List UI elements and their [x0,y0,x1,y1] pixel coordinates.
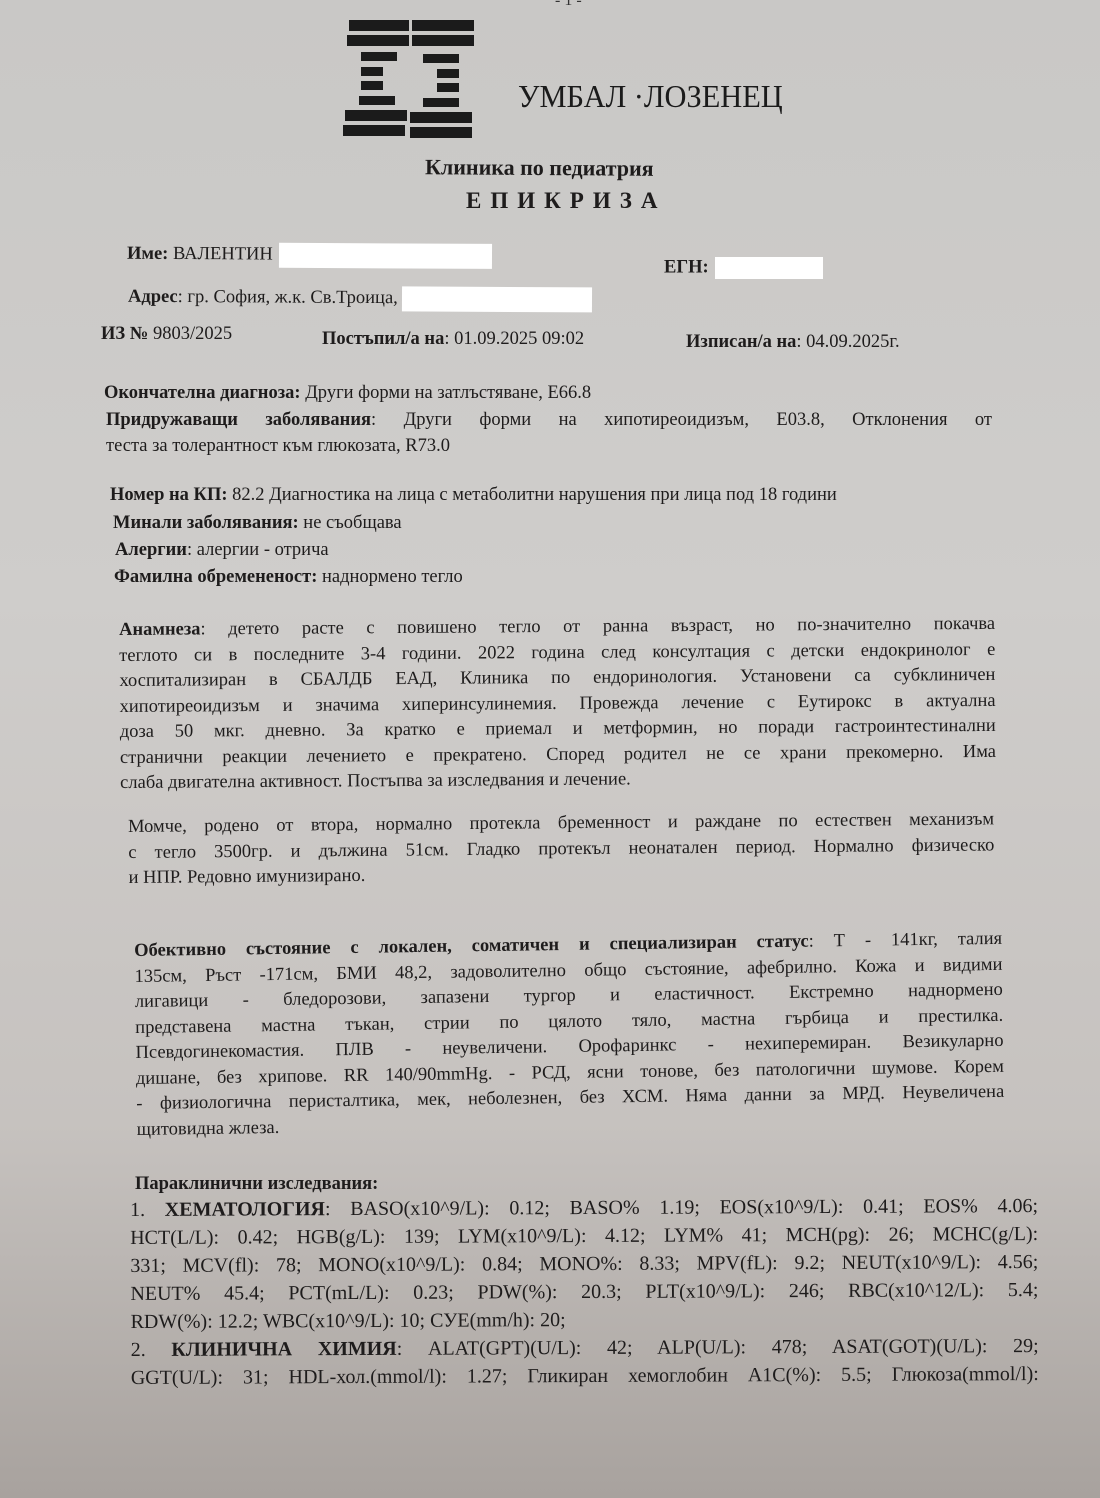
discharged-label: Изписан/а на [686,332,796,352]
final-diagnosis-label: Окончателна диагноза: [104,383,301,403]
final-diagnosis: Окончателна диагноза: Други форми на зат… [104,383,591,404]
egn-label: ЕГН: [664,257,709,277]
past-diseases-value: не съобщава [299,513,402,533]
clinical-pathway: Номер на КП: 82.2 Диагностика на лица с … [110,485,837,506]
family-history-label: Фамилна обремененост: [114,567,317,587]
anamnesis-label: Анамнеза [119,619,201,640]
past-diseases-label: Минали заболявания: [113,513,299,533]
objective-status: Обективно състояние с локален, соматичен… [134,927,1005,1143]
final-diagnosis-value: Други форми на затлъстяване, Е66.8 [301,383,592,403]
address-label: Адрес [128,287,178,307]
allergies: Алергии: алергии - отрича [115,540,329,561]
egn-line: ЕГН: [664,257,823,279]
accompanying-label: Придружаващи заболявания [106,410,371,430]
kp-label: Номер на КП: [110,485,228,505]
redacted-address [402,286,592,312]
iz-number-line: ИЗ № 9803/2025 [101,324,232,345]
redacted-surname [279,243,492,269]
accompanying-diseases: Придружаващи заболявания: Други форми на… [106,408,992,459]
patient-name-line: Име: ВАЛЕНТИН [127,242,493,269]
epicrisis-page: - 1 - УМБАЛ ·ЛОЗЕНЕЦ Клиника по педиатри… [0,0,1100,1498]
anamnesis: Анамнеза: детето расте с повишено тегло … [119,612,996,797]
family-history: Фамилна обремененост: наднормено тегло [114,567,463,588]
kp-value: 82.2 Диагностика на лица с метаболитни н… [228,485,837,505]
address-line: Адрес: гр. София, ж.к. Св.Троица, [128,285,593,312]
admitted-line: Постъпил/а на: 01.09.2025 09:02 [322,329,584,350]
hematology-label: ХЕМАТОЛОГИЯ [165,1198,325,1221]
hospital-logo-icon [343,20,478,138]
iz-value: 9803/2025 [148,324,232,344]
allergies-label: Алергии [115,540,187,560]
document-title: ЕПИКРИЗА [466,188,667,214]
admitted-value: : 01.09.2025 09:02 [444,329,584,349]
address-value: : гр. София, ж.к. Св.Троица, [178,287,398,308]
chemistry-results: 2. КЛИНИЧНА ХИМИЯ: ALAT(GPT)(U/L): 42; A… [131,1332,1039,1364]
hematology-results: 1. ХЕМАТОЛОГИЯ: BASO(x10^9/L): 0.12; BAS… [130,1192,1038,1224]
past-diseases: Минали заболявания: не съобщава [113,513,402,534]
clinic-name: Клиника по педиатрия [425,154,654,182]
admitted-label: Постъпил/а на [322,329,444,349]
name-label: Име: [127,244,168,264]
discharged-value: : 04.09.2025г. [796,332,899,352]
allergies-value: : алергии - отрича [187,540,329,560]
hospital-name: УМБАЛ ·ЛОЗЕНЕЦ [518,78,783,115]
birth-history: Момче, родено от втора, нормално протекл… [128,807,995,891]
iz-label: ИЗ № [101,324,148,344]
paraclinical-heading: Параклинични изследвания: [135,1174,378,1195]
page-number: - 1 - [555,0,582,10]
discharged-line: Изписан/а на: 04.09.2025г. [686,332,900,353]
name-value: ВАЛЕНТИН [173,244,273,265]
lab-results: 1. ХЕМАТОЛОГИЯ: BASO(x10^9/L): 0.12; BAS… [130,1192,1039,1392]
family-history-value: наднормено тегло [317,567,462,587]
redacted-egn [715,257,823,279]
chemistry-label: КЛИНИЧНА ХИМИЯ [171,1338,396,1361]
